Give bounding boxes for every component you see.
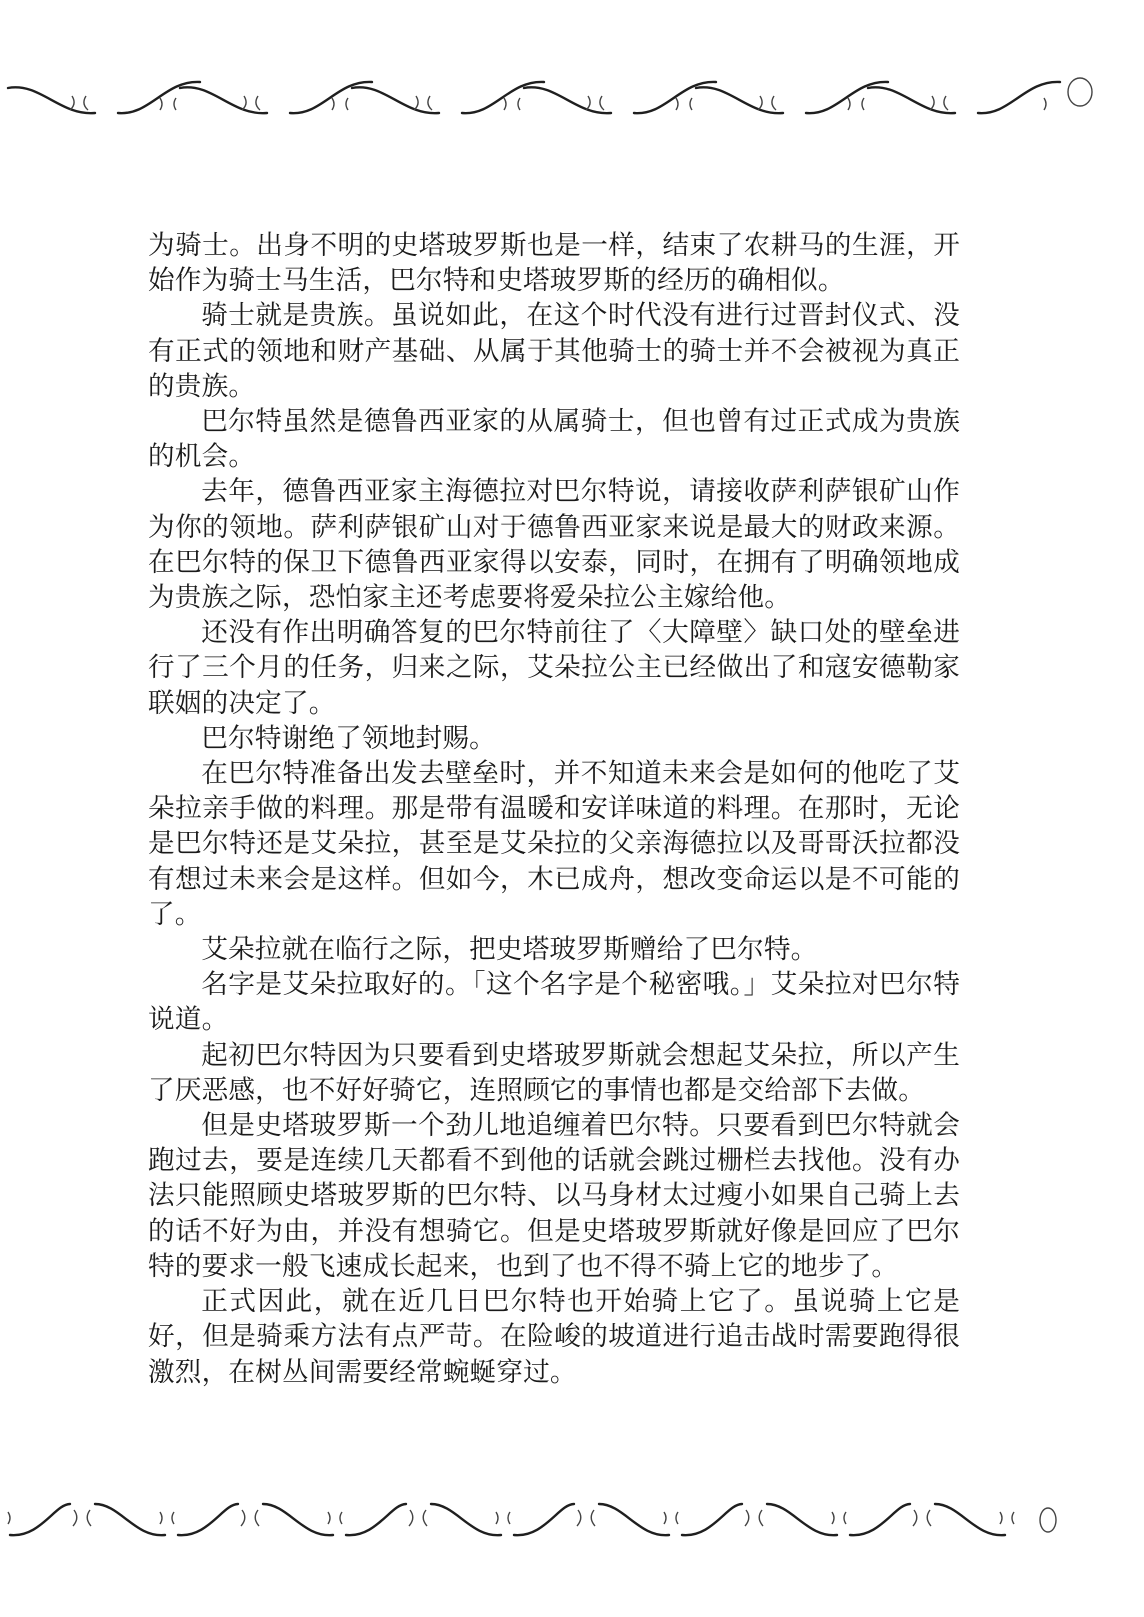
paragraph: 正式因此，就在近几日巴尔特也开始骑上它了。虽说骑上它是好，但是骑乘方法有点严苛。… — [148, 1284, 960, 1390]
scroll-vine-icon — [0, 68, 1144, 128]
scroll-vine-icon — [0, 1490, 1144, 1550]
paragraph: 艾朵拉就在临行之际，把史塔玻罗斯赠给了巴尔特。 — [148, 932, 960, 967]
paragraph: 起初巴尔特因为只要看到史塔玻罗斯就会想起艾朵拉，所以产生了厌恶感，也不好好骑它，… — [148, 1038, 960, 1108]
paragraph: 去年，德鲁西亚家主海德拉对巴尔特说，请接收萨利萨银矿山作为你的领地。萨利萨银矿山… — [148, 474, 960, 615]
top-ornament-border — [0, 68, 1144, 128]
paragraph: 但是史塔玻罗斯一个劲儿地追缠着巴尔特。只要看到巴尔特就会跑过去，要是连续几天都看… — [148, 1108, 960, 1284]
paragraph: 还没有作出明确答复的巴尔特前往了〈大障壁〉缺口处的壁垒进行了三个月的任务，归来之… — [148, 615, 960, 721]
paragraph: 为骑士。出身不明的史塔玻罗斯也是一样，结束了农耕马的生涯，开始作为骑士马生活，巴… — [148, 228, 960, 298]
paragraph: 巴尔特虽然是德鲁西亚家的从属骑士，但也曾有过正式成为贵族的机会。 — [148, 404, 960, 474]
paragraph: 巴尔特谢绝了领地封赐。 — [148, 721, 960, 756]
paragraph: 骑士就是贵族。虽说如此，在这个时代没有进行过晋封仪式、没有正式的领地和财产基础、… — [148, 298, 960, 404]
paragraph: 名字是艾朵拉取好的。「这个名字是个秘密哦。」艾朵拉对巴尔特说道。 — [148, 967, 960, 1037]
chapter-body-text: 为骑士。出身不明的史塔玻罗斯也是一样，结束了农耕马的生涯，开始作为骑士马生活，巴… — [148, 228, 960, 1390]
paragraph: 在巴尔特准备出发去壁垒时，并不知道未来会是如何的他吃了艾朵拉亲手做的料理。那是带… — [148, 756, 960, 932]
bottom-ornament-border — [0, 1490, 1144, 1550]
